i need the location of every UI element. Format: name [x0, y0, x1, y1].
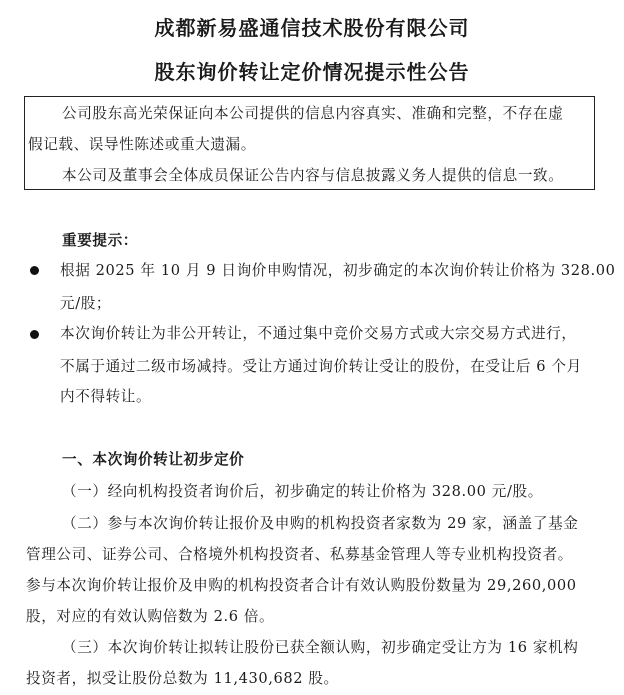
section-1-para-2-line-3: 参与本次询价转让报价及申购的机构投资者合计有效认购股份数量为 29,260,00…	[26, 574, 577, 595]
bullet-icon	[30, 266, 39, 275]
bullet-1-line-1: 根据 2025 年 10 月 9 日询价申购情况，初步确定的本次询价转让价格为 …	[60, 259, 616, 280]
disclaimer-line-2: 假记载、误导性陈述或重大遗漏。	[28, 133, 256, 154]
bullet-2-line-1: 本次询价转让为非公开转让，不通过集中竞价交易方式或大宗交易方式进行，	[60, 322, 577, 343]
bullet-icon	[30, 330, 39, 339]
section-1-para-2-line-2: 管理公司、证券公司、合格境外机构投资者、私募基金管理人等专业机构投资者。	[26, 543, 573, 564]
important-notice-heading: 重要提示：	[62, 229, 138, 250]
bullet-1-line-2: 元/股；	[60, 292, 111, 313]
bullet-2-line-2: 不属于通过二级市场减持。受让方通过询价转让受让的股份，在受让后 6 个月	[60, 355, 582, 376]
section-1-para-3-line-2: 投资者，拟受让股份总数为 11,430,682 股。	[26, 667, 339, 688]
disclaimer-line-1: 公司股东高光荣保证向本公司提供的信息内容真实、准确和完整，不存在虚	[62, 102, 563, 123]
company-name: 成都新易盛通信技术股份有限公司	[0, 12, 624, 41]
disclaimer-line-3: 本公司及董事会全体成员保证公告内容与信息披露义务人提供的信息一致。	[62, 164, 563, 185]
bullet-2-line-3: 内不得转让。	[60, 385, 151, 406]
section-1-para-3-line-1: （三）本次询价转让拟转让股份已获全额认购，初步确定受让方为 16 家机构	[62, 636, 578, 657]
section-1-heading: 一、本次询价转让初步定价	[62, 448, 244, 469]
section-1-para-1-line-1: （一）经向机构投资者询价后，初步确定的转让价格为 328.00 元/股。	[62, 480, 543, 501]
section-1-para-2-line-1: （二）参与本次询价转让报价及申购的机构投资者家数为 29 家，涵盖了基金	[62, 512, 578, 533]
announcement-title: 股东询价转让定价情况提示性公告	[0, 56, 624, 85]
section-1-para-2-line-4: 股，对应的有效认购倍数为 2.6 倍。	[26, 605, 274, 626]
